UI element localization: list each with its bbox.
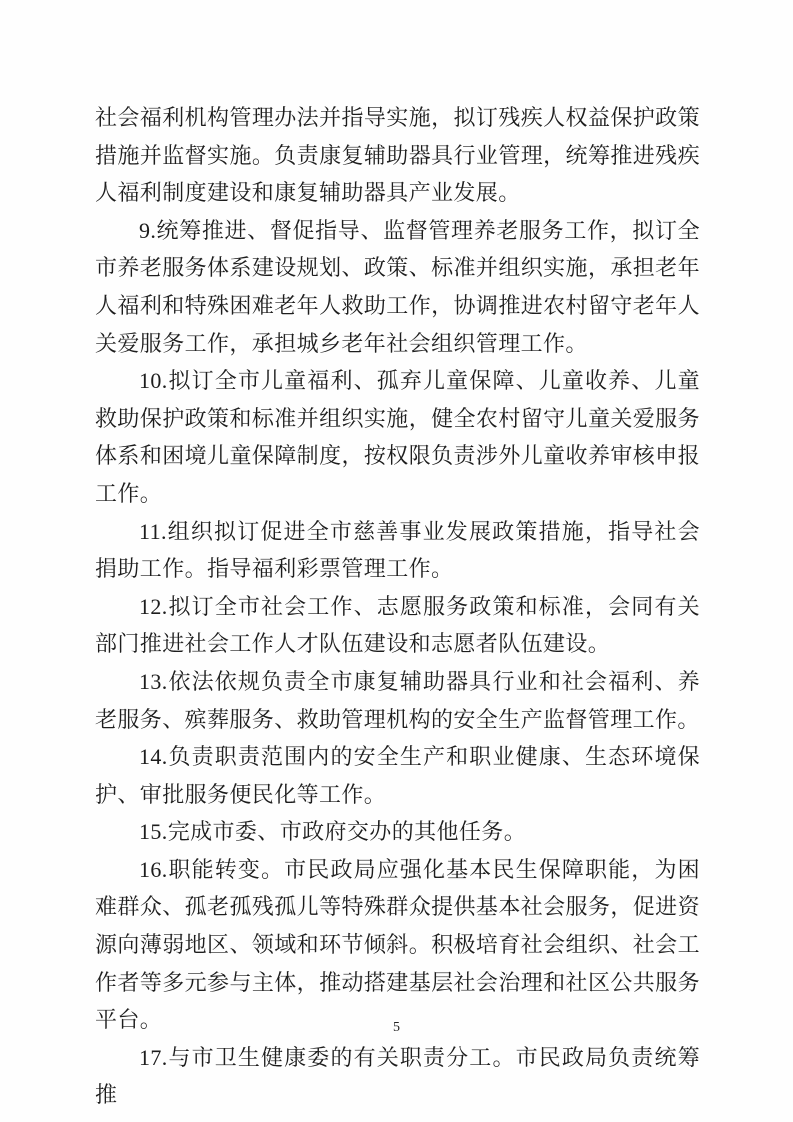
paragraph-item-13: 13.依法依规负责全市康复辅助器具行业和社会福利、养老服务、殡葬服务、救助管理机… [95, 663, 700, 738]
document-text-block: 社会福利机构管理办法并指导实施，拟订残疾人权益保护政策措施并监督实施。负责康复辅… [95, 99, 700, 1114]
paragraph-item-15: 15.完成市委、市政府交办的其他任务。 [95, 813, 700, 851]
paragraph-item-14: 14.负责职责范围内的安全生产和职业健康、生态环境保护、审批服务便民化等工作。 [95, 738, 700, 813]
paragraph-item-10: 10.拟订全市儿童福利、孤弃儿童保障、儿童收养、儿童救助保护政策和标准并组织实施… [95, 362, 700, 512]
paragraph-item-11: 11.组织拟订促进全市慈善事业发展政策措施，指导社会捐助工作。指导福利彩票管理工… [95, 513, 700, 588]
paragraph-item-8-continuation: 社会福利机构管理办法并指导实施，拟订残疾人权益保护政策措施并监督实施。负责康复辅… [95, 99, 700, 212]
document-page: 社会福利机构管理办法并指导实施，拟订残疾人权益保护政策措施并监督实施。负责康复辅… [0, 0, 793, 1122]
page-number: 5 [0, 1020, 793, 1036]
paragraph-item-12: 12.拟订全市社会工作、志愿服务政策和标准，会同有关部门推进社会工作人才队伍建设… [95, 588, 700, 663]
paragraph-item-17: 17.与市卫生健康委的有关职责分工。市民政局负责统筹推 [95, 1039, 700, 1114]
paragraph-item-16: 16.职能转变。市民政局应强化基本民生保障职能，为困难群众、孤老孤残孤儿等特殊群… [95, 851, 700, 1039]
paragraph-item-9: 9.统筹推进、督促指导、监督管理养老服务工作，拟订全市养老服务体系建设规划、政策… [95, 212, 700, 362]
